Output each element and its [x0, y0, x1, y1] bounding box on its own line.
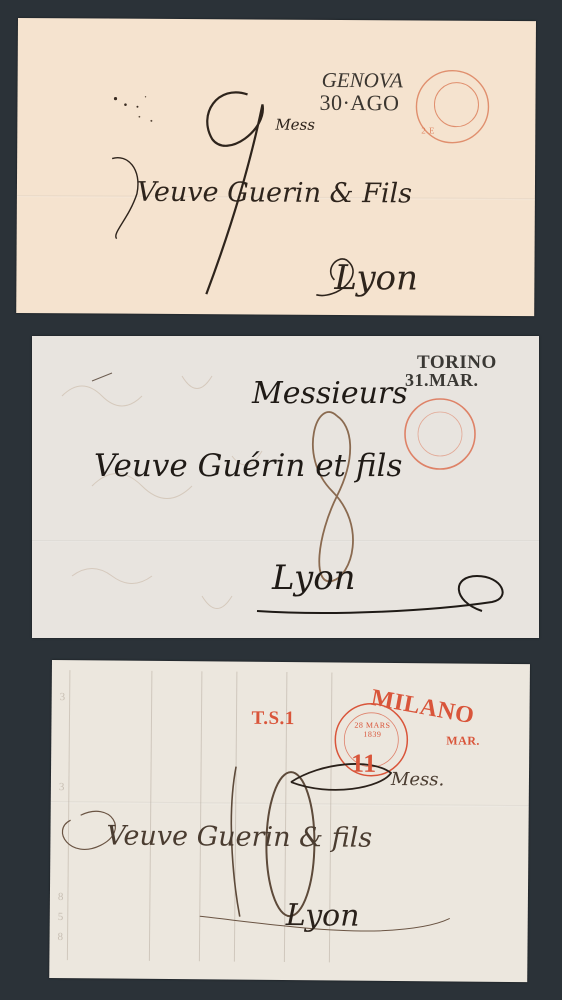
address-salutation: Messieurs: [252, 376, 408, 411]
postmark-date: MAR.: [446, 733, 480, 748]
address-name: Veuve Guerin & Fils: [137, 177, 412, 210]
svg-text:3: 3: [60, 691, 66, 703]
cds-text: 2 E: [421, 125, 435, 135]
red-numeral: 11: [351, 749, 377, 779]
red-circular-datestamp: [405, 399, 475, 469]
svg-text:8: 8: [58, 931, 64, 943]
address-city: Lyon: [286, 898, 360, 934]
address-name: Veuve Guerin & fils: [106, 820, 372, 853]
address-salutation: Mess: [275, 116, 315, 134]
cover-genova: GENOVA 30·AGO 2 E Mess Veuve Guerin & Fi…: [16, 18, 536, 316]
svg-text:3: 3: [59, 781, 65, 793]
cover-milano: 338 58 T.S.1 MILANO MAR. 28 MARS 1839 11…: [49, 660, 530, 982]
rate-numeral-8: [313, 412, 353, 581]
address-city: Lyon: [272, 558, 356, 598]
postmark-date: 30·AGO: [319, 90, 399, 116]
address-name: Veuve Guérin et fils: [94, 448, 402, 484]
ink-speckles: [16, 18, 536, 316]
postmark-date: 31.MAR.: [405, 370, 479, 391]
transit-mark: T.S.1: [251, 708, 295, 730]
cds-date: 28 MARS 1839: [350, 721, 394, 739]
svg-text:5: 5: [58, 911, 64, 923]
svg-text:8: 8: [58, 891, 64, 903]
address-salutation: Mess.: [391, 769, 444, 790]
address-city: Lyon: [334, 258, 418, 299]
cover-torino: TORINO 31.MAR. Messieurs Veuve Guérin et…: [32, 336, 539, 638]
